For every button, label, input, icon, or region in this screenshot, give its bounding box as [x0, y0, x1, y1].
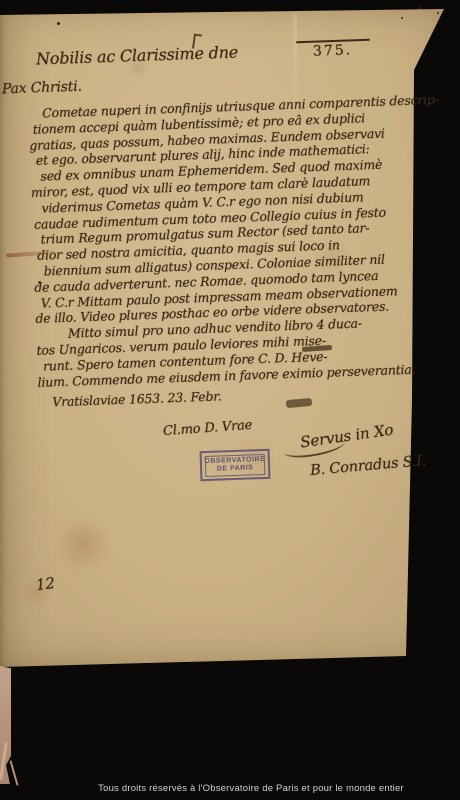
paraph-mark: 12: [35, 574, 56, 594]
ink-speck: [418, 7, 421, 9]
observatoire-de-paris-stamp: OBSERVATOIRE DE PARIS: [199, 449, 270, 481]
page-number: 375.: [313, 42, 353, 59]
scanned-manuscript-page: 375. Nobilis ac Clarissime dne Pax Chris…: [0, 0, 460, 800]
ink-speck: [57, 22, 60, 25]
binding-thread: [9, 760, 18, 786]
ink-speck: [401, 17, 403, 19]
stamp-text: OBSERVATOIRE DE PARIS: [205, 453, 266, 476]
ink-speck: [38, 281, 41, 284]
ink-speck: [437, 12, 439, 14]
letter-salutation: Pax Christi.: [2, 79, 82, 98]
stamp-line2: DE PARIS: [217, 464, 254, 473]
letter-body: Cometae nuperi in confinijs utriusque an…: [28, 91, 460, 411]
copyright-notice: Tous droits réservés à l'Observatoire de…: [0, 783, 460, 798]
